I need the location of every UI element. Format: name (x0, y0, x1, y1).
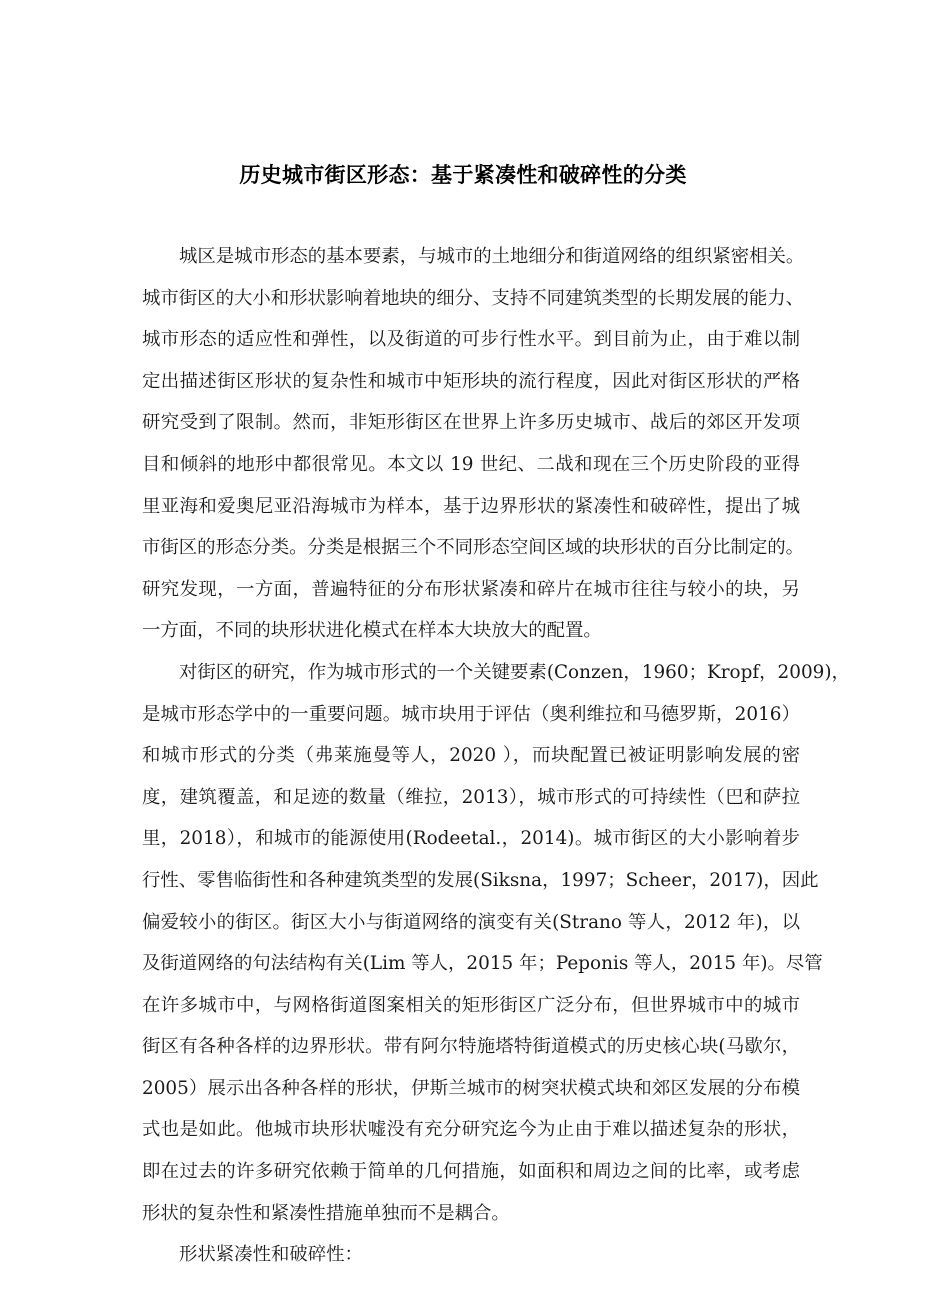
text-line: 研究受到了限制。然而，非矩形街区在世界上许多历史城市、战后的郊区开发项 (142, 402, 800, 444)
text-line: 即在过去的许多研究依赖于简单的几何措施，如面积和周边之间的比率，或考虑 (142, 1151, 800, 1193)
text-line: 街区有各种各样的边界形状。带有阿尔特施塔特街道模式的历史核心块(马歇尔， (142, 1026, 800, 1068)
text-line: 及街道网络的句法结构有关(Lim 等人，2015 年；Peponis 等人，20… (142, 943, 800, 985)
document-title: 历史城市街区形态：基于紧凑性和破碎性的分类 (0, 157, 926, 193)
text-line: 一方面，不同的块形状进化模式在样本大块放大的配置。 (142, 610, 800, 652)
paragraph-section-lead: 形状紧凑性和破碎性： (142, 1234, 800, 1276)
text-line: 式也是如此。他城市块形状嘘没有充分研究迄今为止由于难以描述复杂的形状， (142, 1109, 800, 1151)
text-line: 是城市形态学中的一重要问题。城市块用于评估（奥利维拉和马德罗斯，2016） (142, 694, 800, 736)
text-line: 2005）展示出各种各样的形状，伊斯兰城市的树突状模式块和郊区发展的分布模 (142, 1068, 800, 1110)
text-line: 城区是城市形态的基本要素，与城市的土地细分和街道网络的组织紧密相关。 (142, 236, 800, 278)
document-page: 历史城市街区形态：基于紧凑性和破碎性的分类 城区是城市形态的基本要素，与城市的土… (0, 0, 926, 1309)
text-line: 形状的复杂性和紧凑性措施单独而不是耦合。 (142, 1193, 800, 1235)
text-line: 对街区的研究，作为城市形式的一个关键要素(Conzen，1960；Kropf，2… (142, 652, 800, 694)
text-line: 城市形态的适应性和弹性，以及街道的可步行性水平。到目前为止，由于难以制 (142, 319, 800, 361)
paragraph-introduction: 对街区的研究，作为城市形式的一个关键要素(Conzen，1960；Kropf，2… (142, 652, 800, 1234)
document-body: 城区是城市形态的基本要素，与城市的土地细分和街道网络的组织紧密相关。 城市街区的… (142, 236, 800, 1276)
text-line: 行性、零售临街性和各种建筑类型的发展(Siksna，1997；Scheer，20… (142, 860, 800, 902)
text-line: 目和倾斜的地形中都很常见。本文以 19 世纪、二战和现在三个历史阶段的亚得 (142, 444, 800, 486)
text-line: 和城市形式的分类（弗莱施曼等人，2020 ），而块配置已被证明影响发展的密 (142, 735, 800, 777)
text-line: 城市街区的大小和形状影响着地块的细分、支持不同建筑类型的长期发展的能力、 (142, 278, 800, 320)
text-line: 度，建筑覆盖，和足迹的数量（维拉，2013），城市形式的可持续性（巴和萨拉 (142, 777, 800, 819)
text-line: 市街区的形态分类。分类是根据三个不同形态空间区域的块形状的百分比制定的。 (142, 527, 800, 569)
text-line: 里，2018），和城市的能源使用(Rodeetal.，2014)。城市街区的大小… (142, 818, 800, 860)
paragraph-abstract: 城区是城市形态的基本要素，与城市的土地细分和街道网络的组织紧密相关。 城市街区的… (142, 236, 800, 652)
text-line: 里亚海和爱奥尼亚沿海城市为样本，基于边界形状的紧凑性和破碎性，提出了城 (142, 486, 800, 528)
text-line: 定出描述街区形状的复杂性和城市中矩形块的流行程度，因此对街区形状的严格 (142, 361, 800, 403)
text-line: 研究发现，一方面，普遍特征的分布形状紧凑和碎片在城市往往与较小的块，另 (142, 569, 800, 611)
text-line: 在许多城市中，与网格街道图案相关的矩形街区广泛分布，但世界城市中的城市 (142, 985, 800, 1027)
text-line: 偏爱较小的街区。街区大小与街道网络的演变有关(Strano 等人，2012 年)… (142, 902, 800, 944)
section-lead-text: 形状紧凑性和破碎性： (142, 1234, 800, 1276)
